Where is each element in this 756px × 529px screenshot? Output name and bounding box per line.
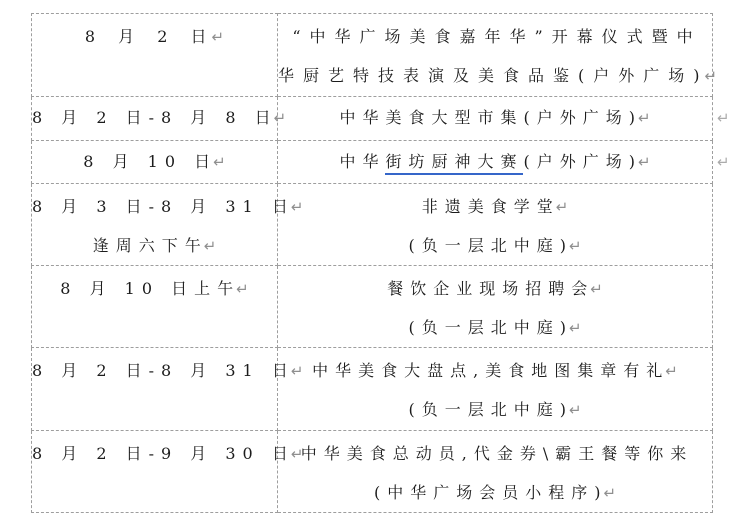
event-text: (负一层北中庭)	[408, 400, 573, 419]
paragraph-mark-icon: ↵	[569, 319, 582, 337]
cell-line: (负一层北中庭)↵	[278, 308, 712, 347]
event-cell[interactable]: “中华广场美食嘉年华”开幕仪式暨中 华厨艺特技表演及美食品鉴(户外广场)↵	[278, 14, 713, 97]
row-end-mark-icon: ↵	[717, 103, 730, 133]
date-cell[interactable]: 8 月 2 日-8 月 31 日↵	[32, 348, 278, 431]
cell-line: 8 月 2 日-9 月 30 日↵	[32, 434, 277, 473]
cell-line: “中华广场美食嘉年华”开幕仪式暨中	[278, 17, 712, 56]
cell-line: 餐饮企业现场招聘会↵	[278, 269, 712, 308]
cell-line	[32, 56, 277, 95]
cell-line	[32, 390, 277, 429]
event-text: 中华美食大型市集(户外广场)	[339, 108, 642, 127]
date-text: 8 月 10 日上午	[60, 279, 240, 298]
event-text: 中华	[339, 152, 385, 171]
date-cell[interactable]: 8 月 2 日-9 月 30 日↵	[32, 431, 278, 513]
date-cell[interactable]: 8 月 2 日-8 月 8 日↵	[32, 97, 278, 141]
cell-line: (负一层北中庭)↵	[278, 390, 712, 429]
document-page: 8 月 2 日↵ “中华广场美食嘉年华”开幕仪式暨中 华厨艺特技表演及美食品鉴(…	[0, 0, 756, 529]
event-text: 餐饮企业现场招聘会	[387, 279, 594, 298]
cell-line: 逢周六下午↵	[32, 226, 277, 265]
event-text: (负一层北中庭)	[408, 318, 573, 337]
paragraph-mark-icon: ↵	[638, 109, 651, 127]
date-cell[interactable]: 8 月 10 日上午↵	[32, 266, 278, 348]
row-end-mark-icon: ↵	[717, 147, 730, 177]
cell-line: 8 月 10 日↵	[32, 141, 277, 183]
event-text: (户外广场)	[523, 152, 642, 171]
date-text: 逢周六下午	[93, 236, 208, 255]
paragraph-mark-icon: ↵	[213, 153, 226, 171]
table-row: 8 月 2 日↵ “中华广场美食嘉年华”开幕仪式暨中 华厨艺特技表演及美食品鉴(…	[32, 14, 713, 97]
paragraph-mark-icon: ↵	[569, 401, 582, 419]
date-cell[interactable]: 8 月 2 日↵	[32, 14, 278, 97]
event-text: 华厨艺特技表演及美食品鉴(户外广场)	[278, 66, 709, 85]
paragraph-mark-icon: ↵	[236, 280, 249, 298]
paragraph-mark-icon: ↵	[212, 28, 225, 46]
event-text: 中华美食大盘点,美食地图集章有礼	[312, 361, 669, 380]
cell-line: 8 月 2 日-8 月 31 日↵	[32, 351, 277, 390]
paragraph-mark-icon: ↵	[291, 362, 304, 380]
event-text: 中华美食总动员,代金券\霸王餐等你来	[301, 444, 693, 463]
paragraph-mark-icon: ↵	[590, 280, 603, 298]
date-cell[interactable]: 8 月 10 日↵	[32, 141, 278, 184]
cell-line: (负一层北中庭)↵	[278, 226, 712, 265]
paragraph-mark-icon: ↵	[556, 198, 569, 216]
cell-line: 中华街坊厨神大赛(户外广场)↵	[278, 141, 712, 183]
event-cell[interactable]: 中华美食大盘点,美食地图集章有礼↵ (负一层北中庭)↵	[278, 348, 713, 431]
date-cell[interactable]: 8 月 3 日-8 月 31 日↵ 逢周六下午↵	[32, 184, 278, 266]
event-cell[interactable]: 中华美食大型市集(户外广场)↵	[278, 97, 713, 141]
event-cell[interactable]: 非遗美食学堂↵ (负一层北中庭)↵	[278, 184, 713, 266]
date-text: 8 月 2 日	[85, 27, 216, 46]
cell-line: (中华广场会员小程序)↵	[278, 473, 712, 512]
table-row: 8 月 3 日-8 月 31 日↵ 逢周六下午↵ 非遗美食学堂↵ (负一层北中庭…	[32, 184, 713, 266]
event-cell[interactable]: 中华街坊厨神大赛(户外广场)↵	[278, 141, 713, 184]
table-row: 8 月 10 日↵ 中华街坊厨神大赛(户外广场)↵	[32, 141, 713, 184]
paragraph-mark-icon: ↵	[291, 198, 304, 216]
paragraph-mark-icon: ↵	[665, 362, 678, 380]
paragraph-mark-icon: ↵	[274, 109, 287, 127]
date-text: 8 月 2 日-8 月 31 日	[32, 361, 295, 380]
event-text: (负一层北中庭)	[408, 236, 573, 255]
paragraph-mark-icon: ↵	[603, 484, 616, 502]
cell-line	[32, 473, 277, 512]
cell-line: 非遗美食学堂↵	[278, 187, 712, 226]
table-row: 8 月 2 日-8 月 31 日↵ 中华美食大盘点,美食地图集章有礼↵ (负一层…	[32, 348, 713, 431]
event-schedule-table: 8 月 2 日↵ “中华广场美食嘉年华”开幕仪式暨中 华厨艺特技表演及美食品鉴(…	[31, 13, 713, 513]
cell-line	[32, 308, 277, 347]
date-text: 8 月 2 日-8 月 8 日	[32, 108, 278, 127]
event-text: 非遗美食学堂	[422, 197, 560, 216]
event-cell[interactable]: 中华美食总动员,代金券\霸王餐等你来 (中华广场会员小程序)↵	[278, 431, 713, 513]
event-text: (中华广场会员小程序)	[374, 483, 608, 502]
date-text: 8 月 2 日-9 月 30 日	[32, 444, 295, 463]
event-cell[interactable]: 餐饮企业现场招聘会↵ (负一层北中庭)↵	[278, 266, 713, 348]
date-text: 8 月 10 日	[83, 152, 217, 171]
table-row: 8 月 2 日-9 月 30 日↵ 中华美食总动员,代金券\霸王餐等你来 (中华…	[32, 431, 713, 513]
cell-line: 8 月 2 日↵	[32, 17, 277, 56]
event-text: “中华广场美食嘉年华”开幕仪式暨中	[292, 27, 701, 46]
cell-line: 8 月 3 日-8 月 31 日↵	[32, 187, 277, 226]
event-underlined-text[interactable]: 街坊厨神大赛	[385, 152, 523, 175]
paragraph-mark-icon: ↵	[204, 237, 217, 255]
paragraph-mark-icon: ↵	[638, 153, 651, 171]
cell-line: 华厨艺特技表演及美食品鉴(户外广场)↵	[278, 56, 712, 95]
cell-line: 8 月 2 日-8 月 8 日↵	[32, 97, 277, 139]
date-text: 8 月 3 日-8 月 31 日	[32, 197, 295, 216]
table-row: 8 月 10 日上午↵ 餐饮企业现场招聘会↵ (负一层北中庭)↵	[32, 266, 713, 348]
table-row: 8 月 2 日-8 月 8 日↵ 中华美食大型市集(户外广场)↵	[32, 97, 713, 141]
paragraph-mark-icon: ↵	[569, 237, 582, 255]
cell-line: 中华美食总动员,代金券\霸王餐等你来	[278, 434, 712, 473]
cell-line: 中华美食大型市集(户外广场)↵	[278, 97, 712, 139]
cell-line: 8 月 10 日上午↵	[32, 269, 277, 308]
paragraph-mark-icon: ↵	[705, 67, 718, 85]
cell-line: 中华美食大盘点,美食地图集章有礼↵	[278, 351, 712, 390]
